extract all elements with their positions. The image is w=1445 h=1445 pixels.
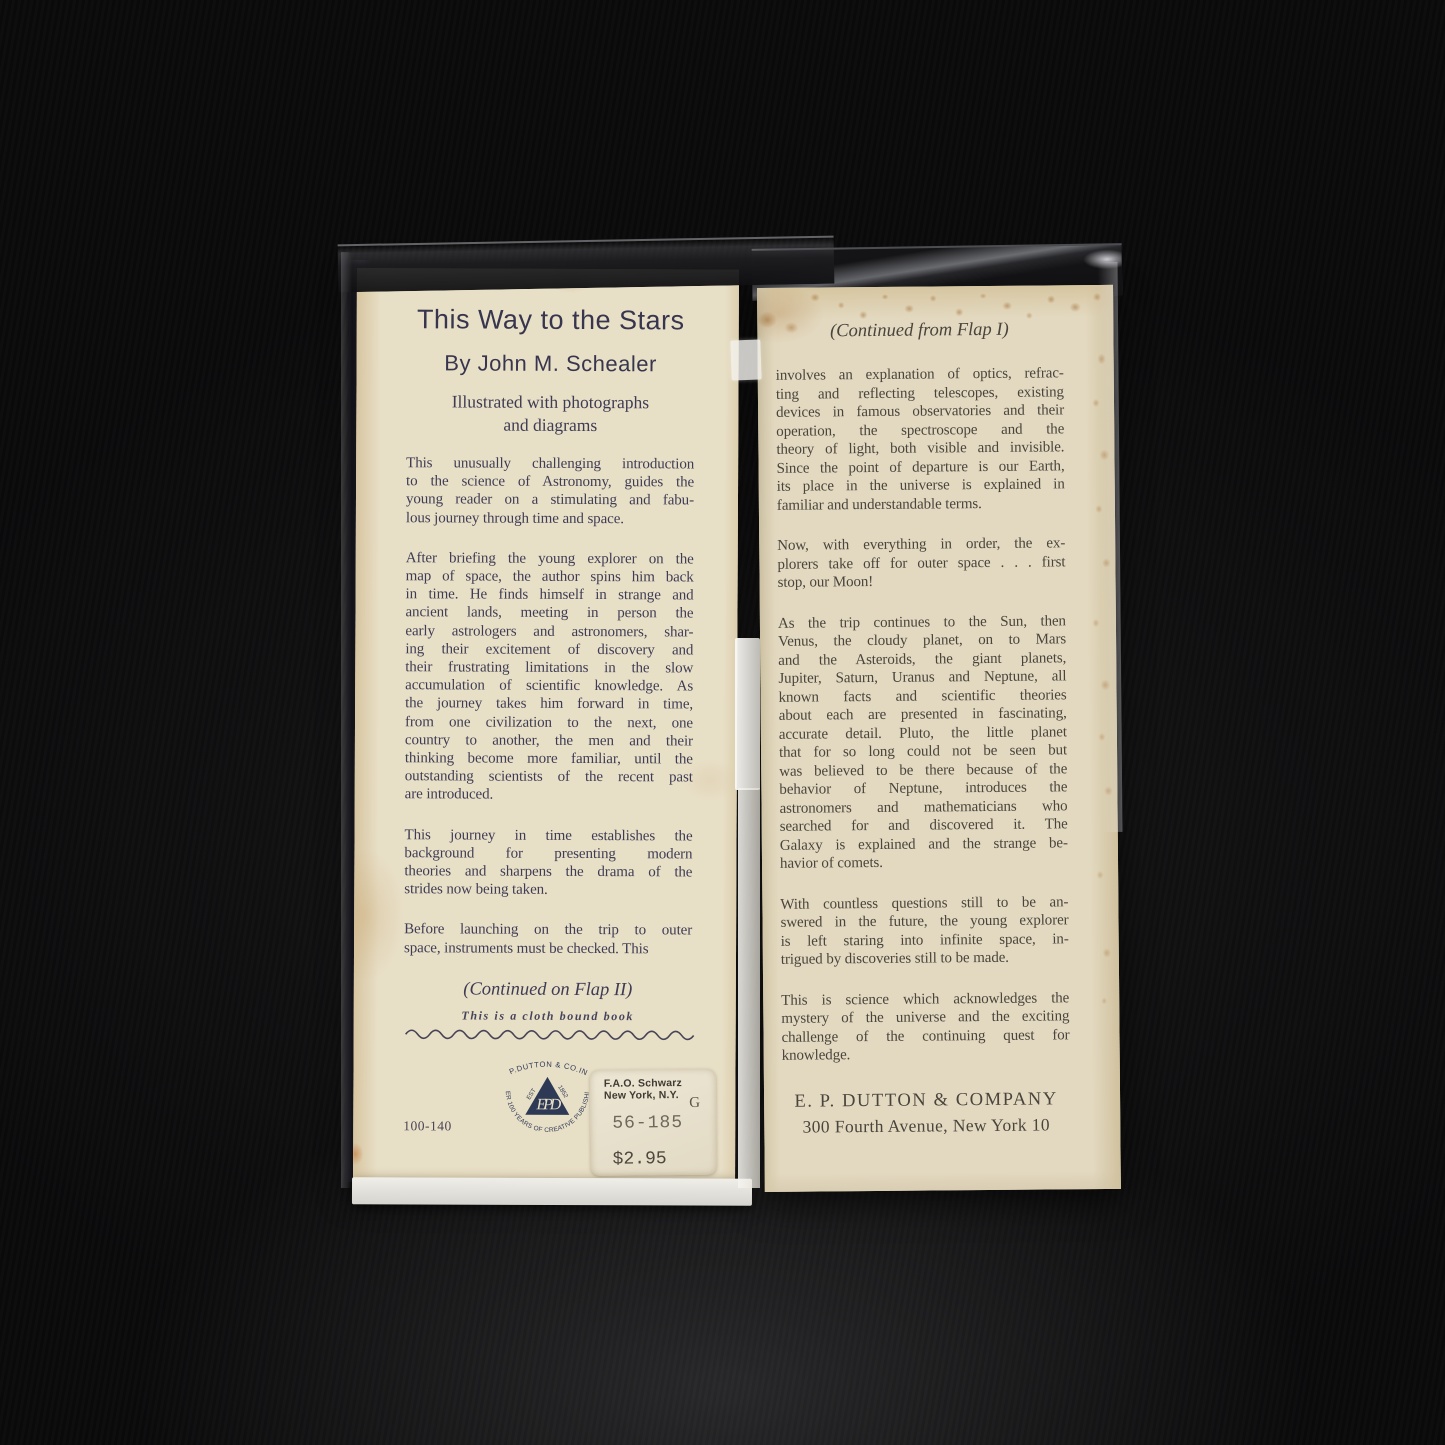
sticker-code-letter: G — [689, 1095, 700, 1112]
plastic-sleeve-top-edge — [338, 236, 835, 293]
price-sticker: F.A.O. Schwarz New York, N.Y. G 56-185 $… — [590, 1069, 717, 1176]
stock-number: 100-140 — [403, 1118, 452, 1134]
svg-text:EPD: EPD — [535, 1096, 561, 1113]
right-flap-paper: (Continued from Flap I) involves an expl… — [757, 285, 1121, 1192]
flap-paragraph: Now, with everything in order, the ex-pl… — [777, 534, 1065, 592]
flap-paragraph: Before launching on the trip to outerspa… — [404, 921, 692, 959]
flap-paragraph: This journey in time establishes theback… — [404, 826, 692, 900]
flap-paragraph: This is science which acknowledges themy… — [781, 989, 1070, 1066]
publisher-name: E. P. DUTTON & COMPANY — [782, 1087, 1070, 1114]
continued-from-note: (Continued from Flap I) — [775, 319, 1063, 343]
publisher-block: E. P. DUTTON & COMPANY 300 Fourth Avenue… — [782, 1087, 1070, 1140]
right-flap-content: (Continued from Flap I) involves an expl… — [757, 285, 1120, 1140]
left-flap-content: This Way to the Stars By John M. Scheale… — [353, 268, 739, 1148]
illustration-note: Illustrated with photographsand diagrams — [406, 390, 694, 437]
bottom-backing-strip — [352, 1177, 752, 1205]
cloth-bound-note: This is a cloth bound book — [404, 1008, 692, 1024]
dutton-logo-icon: E.P.DUTTON & CO.INC EST 1852 EPD OVER 10… — [495, 1049, 599, 1141]
flap-paragraph: As the trip continues to the Sun, thenVe… — [778, 612, 1068, 874]
wavy-divider — [404, 1027, 692, 1046]
tape-strip-lower — [738, 788, 760, 1188]
flap-paragraph: With countless questions still to be an-… — [780, 893, 1069, 970]
flap-paragraph: involves an explanation of optics, refra… — [776, 364, 1065, 515]
book-author: By John M. Schealer — [407, 349, 695, 377]
flap-paragraph: This unusually challenging introductiont… — [406, 454, 694, 528]
book-title: This Way to the Stars — [407, 302, 695, 338]
photo-background: (Continued from Flap I) involves an expl… — [0, 0, 1445, 1445]
flap-paragraph: After briefing the young explorer on the… — [405, 549, 694, 805]
tape-strip-top — [730, 339, 761, 380]
plastic-glare-left — [341, 252, 352, 1188]
publisher-address: 300 Fourth Avenue, New York 10 — [782, 1111, 1070, 1140]
wavy-rule-icon — [404, 1028, 696, 1041]
left-flap-paper: This Way to the Stars By John M. Scheale… — [353, 268, 739, 1182]
svg-text:E.P.DUTTON & CO.INC: E.P.DUTTON & CO.INC — [495, 1049, 589, 1077]
tape-strip-middle — [735, 638, 760, 790]
continued-on-note: (Continued on Flap II) — [404, 979, 692, 1001]
sticker-price: $2.95 — [590, 1133, 716, 1170]
